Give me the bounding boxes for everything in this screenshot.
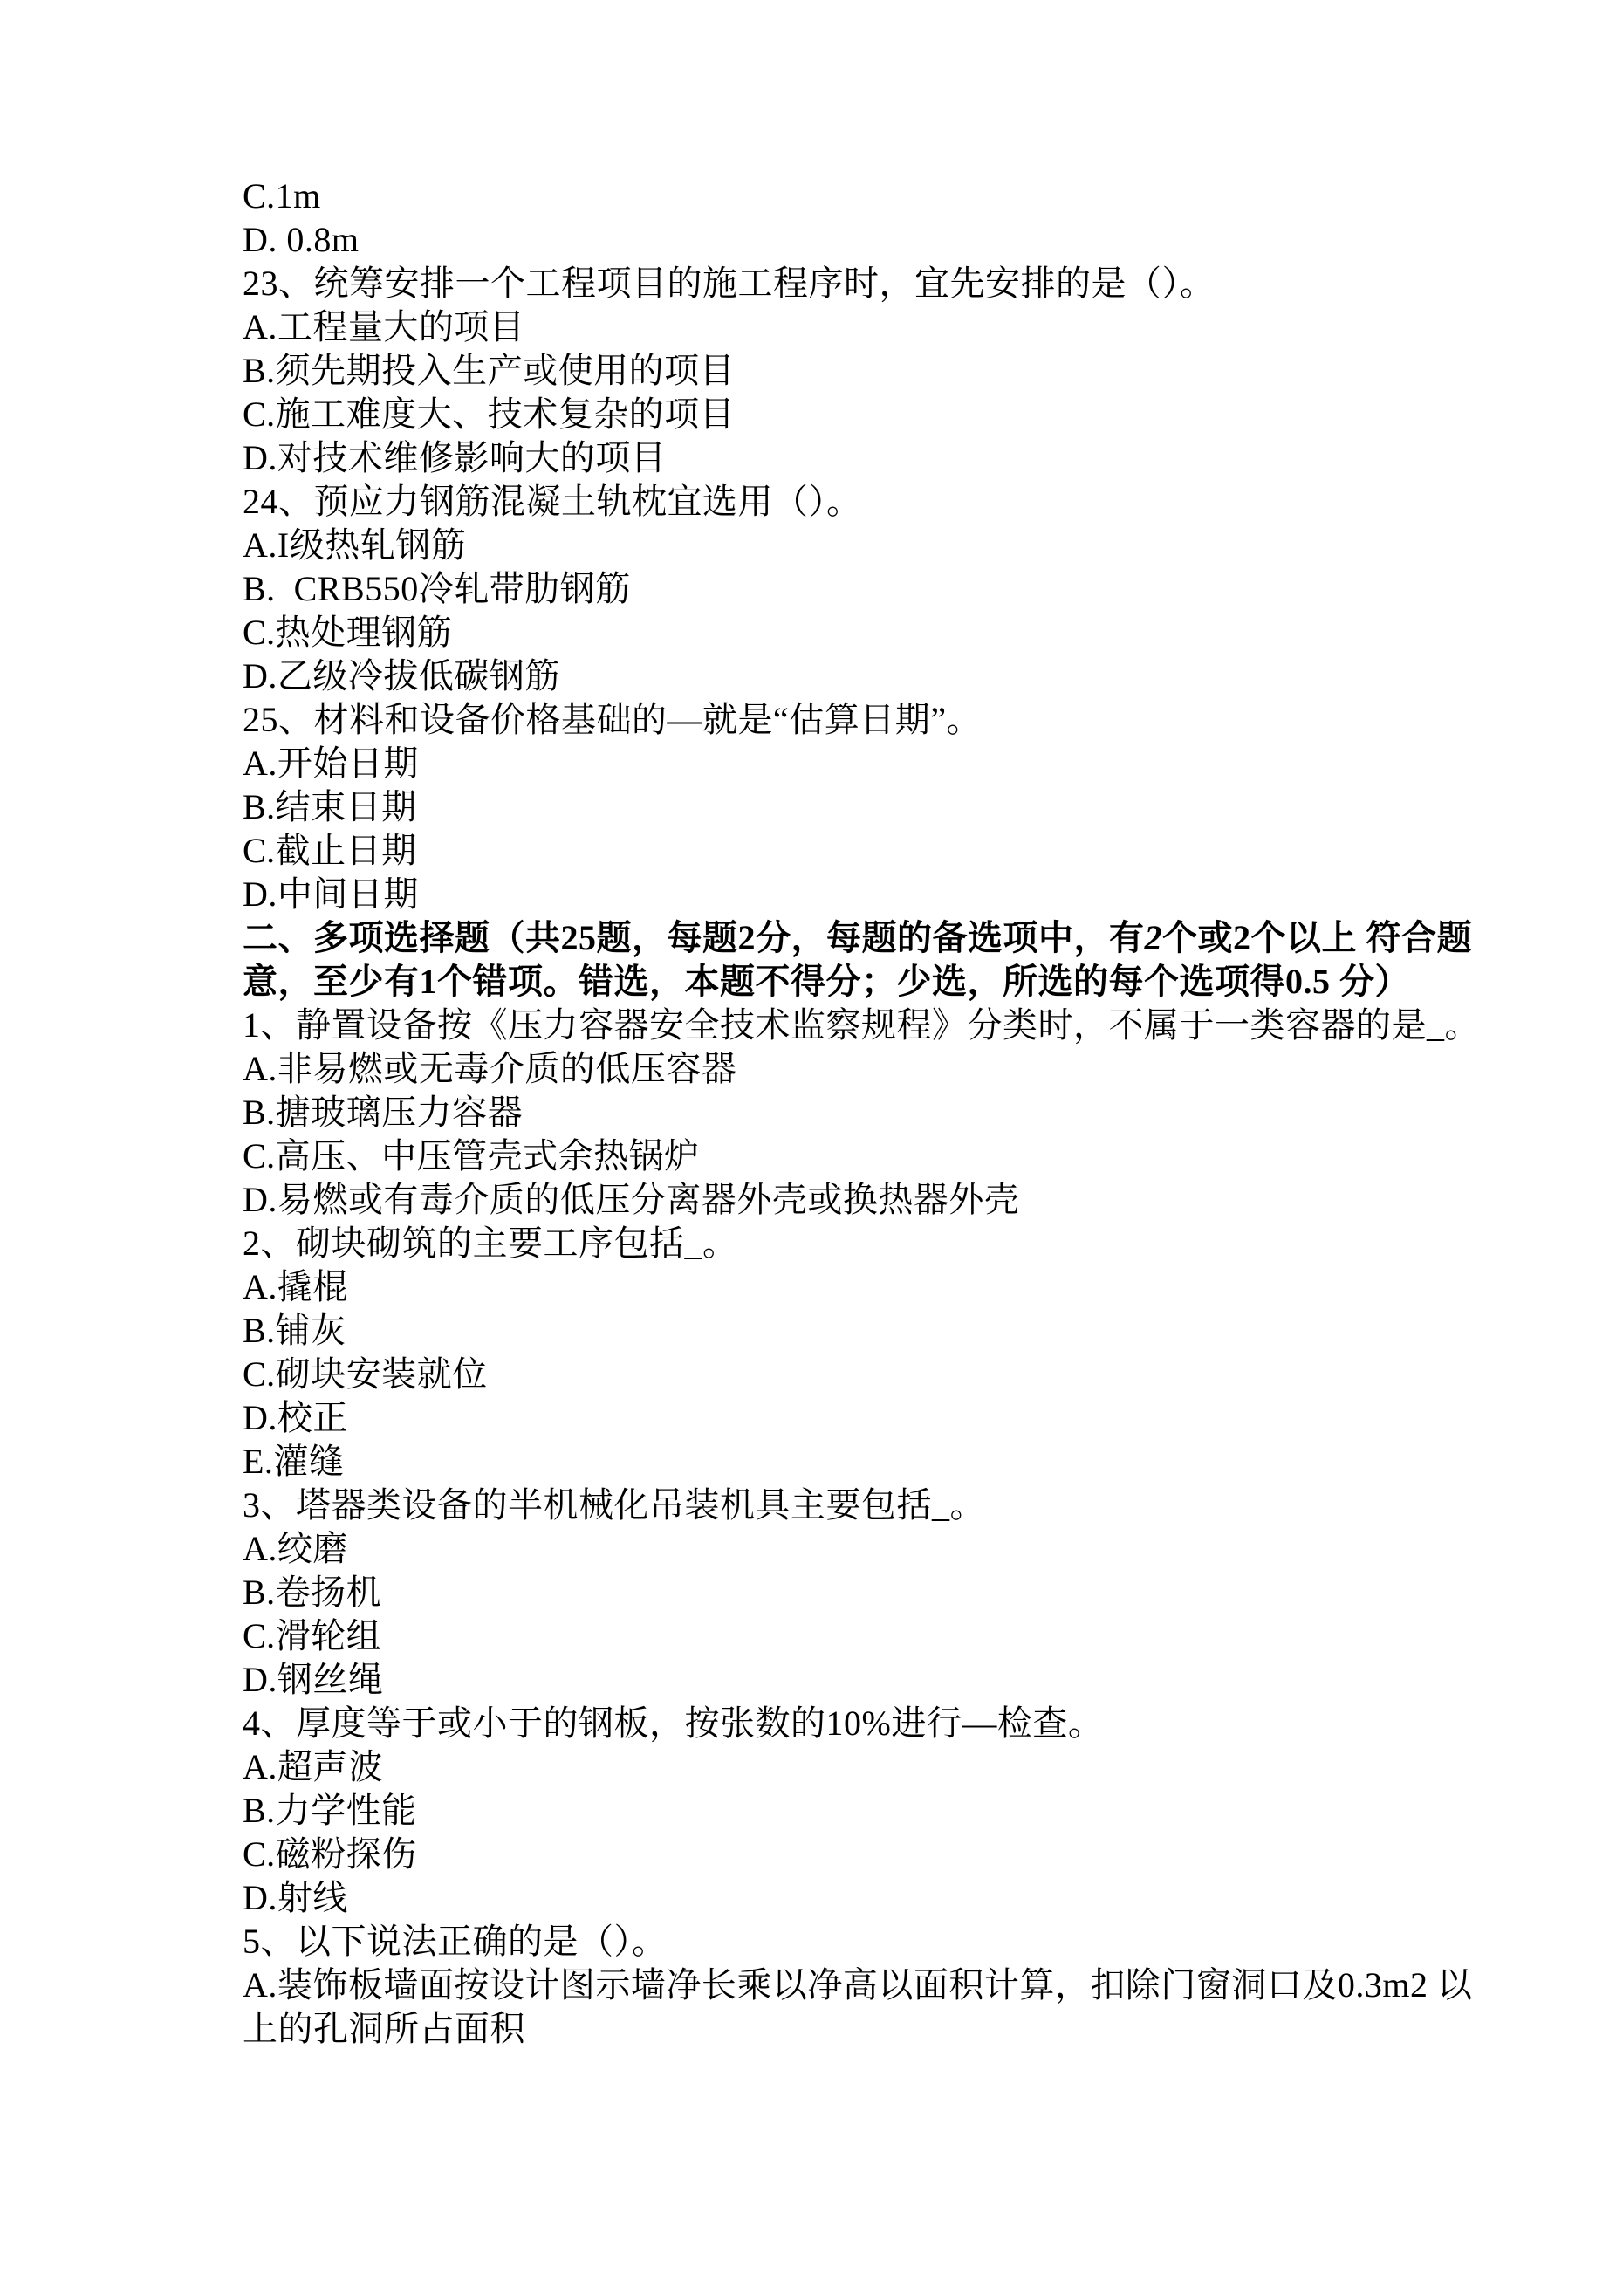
mq1-stem: 1、静置设备按《压力容器安全技术监察规程》分类时，不属于一类容器的是_。 bbox=[243, 1004, 1480, 1047]
mq3-option-d: D.钢丝绳 bbox=[243, 1658, 1480, 1702]
mq5-option-a-line-1: A.装饰板墙面按设计图示墙净长乘以净高以面积计算，扣除门窗洞口及0.3m2 以 bbox=[243, 1964, 1480, 2007]
mq3-option-c: C.滑轮组 bbox=[243, 1614, 1480, 1658]
mq5-stem: 5、以下说法正确的是（）。 bbox=[243, 1920, 1480, 1964]
mq4-option-d: D.射线 bbox=[243, 1876, 1480, 1920]
q25-option-b: B.结束日期 bbox=[243, 785, 1480, 829]
exam-text-block: C.1m D. 0.8m 23、统筹安排一个工程项目的施工程序时，宜先安排的是（… bbox=[243, 175, 1480, 2051]
document-page: C.1m D. 0.8m 23、统筹安排一个工程项目的施工程序时，宜先安排的是（… bbox=[0, 0, 1623, 2296]
q23-option-d: D.对技术维修影响大的项目 bbox=[243, 436, 1480, 480]
mq1-option-b: B.搪玻璃压力容器 bbox=[243, 1091, 1480, 1134]
mq4-stem: 4、厚度等于或小于的钢板，按张数的10%进行—检查。 bbox=[243, 1702, 1480, 1745]
section-2-heading-line-1: 二、多项选择题（共25题，每题2分，每题的备选项中，有2个或2个以上 符合题 bbox=[243, 916, 1480, 960]
mq4-option-b: B.力学性能 bbox=[243, 1789, 1480, 1833]
q24-option-d: D.乙级冷拔低碳钢筋 bbox=[243, 655, 1480, 698]
mq2-option-a: A.撬棍 bbox=[243, 1265, 1480, 1309]
heading-italic-number: 2 bbox=[1145, 918, 1163, 957]
mq1-option-d: D.易燃或有毒介质的低压分离器外壳或换热器外壳 bbox=[243, 1178, 1480, 1222]
mq4-option-a: A.超声波 bbox=[243, 1745, 1480, 1789]
q25-option-d: D.中间日期 bbox=[243, 873, 1480, 916]
q24-stem: 24、预应力钢筋混凝土轨枕宜选用（）。 bbox=[243, 480, 1480, 524]
mq2-option-d: D.校正 bbox=[243, 1396, 1480, 1440]
q24-option-c: C.热处理钢筋 bbox=[243, 611, 1480, 655]
q23-option-a: A.工程量大的项目 bbox=[243, 305, 1480, 349]
q22-option-d: D. 0.8m bbox=[243, 218, 1480, 262]
q23-option-c: C.施工难度大、技术复杂的项目 bbox=[243, 393, 1480, 436]
mq2-option-c: C.砌块安装就位 bbox=[243, 1353, 1480, 1396]
q23-option-b: B.须先期投入生产或使用的项目 bbox=[243, 349, 1480, 393]
q22-option-c: C.1m bbox=[243, 175, 1480, 218]
q24-option-b: B. CRB550冷轧带肋钢筋 bbox=[243, 567, 1480, 611]
heading-text-post: 个或2个以上 符合题 bbox=[1162, 918, 1472, 957]
q25-option-a: A.开始日期 bbox=[243, 742, 1480, 785]
heading-text-pre: 二、多项选择题（共25题，每题2分，每题的备选项中，有 bbox=[243, 918, 1145, 957]
q23-stem: 23、统筹安排一个工程项目的施工程序时，宜先安排的是（）。 bbox=[243, 262, 1480, 305]
mq3-option-b: B.卷扬机 bbox=[243, 1571, 1480, 1614]
q25-stem: 25、材料和设备价格基础的—就是“估算日期”。 bbox=[243, 698, 1480, 742]
mq1-option-c: C.高压、中压管壳式余热锅炉 bbox=[243, 1134, 1480, 1178]
mq1-option-a: A.非易燃或无毒介质的低压容器 bbox=[243, 1047, 1480, 1091]
q25-option-c: C.截止日期 bbox=[243, 829, 1480, 873]
mq5-option-a-line-2: 上的孔洞所占面积 bbox=[243, 2007, 1480, 2051]
mq2-option-b: B.铺灰 bbox=[243, 1309, 1480, 1353]
mq3-stem: 3、塔器类设备的半机械化吊装机具主要包括_。 bbox=[243, 1484, 1480, 1527]
q24-option-a: A.I级热轧钢筋 bbox=[243, 524, 1480, 567]
mq3-option-a: A.绞磨 bbox=[243, 1527, 1480, 1571]
mq2-stem: 2、砌块砌筑的主要工序包括_。 bbox=[243, 1222, 1480, 1265]
mq2-option-e: E.灌缝 bbox=[243, 1440, 1480, 1484]
section-2-heading-line-2: 意，至少有1个错项。错选，本题不得分；少选，所选的每个选项得0.5 分） bbox=[243, 960, 1480, 1004]
mq4-option-c: C.磁粉探伤 bbox=[243, 1833, 1480, 1876]
